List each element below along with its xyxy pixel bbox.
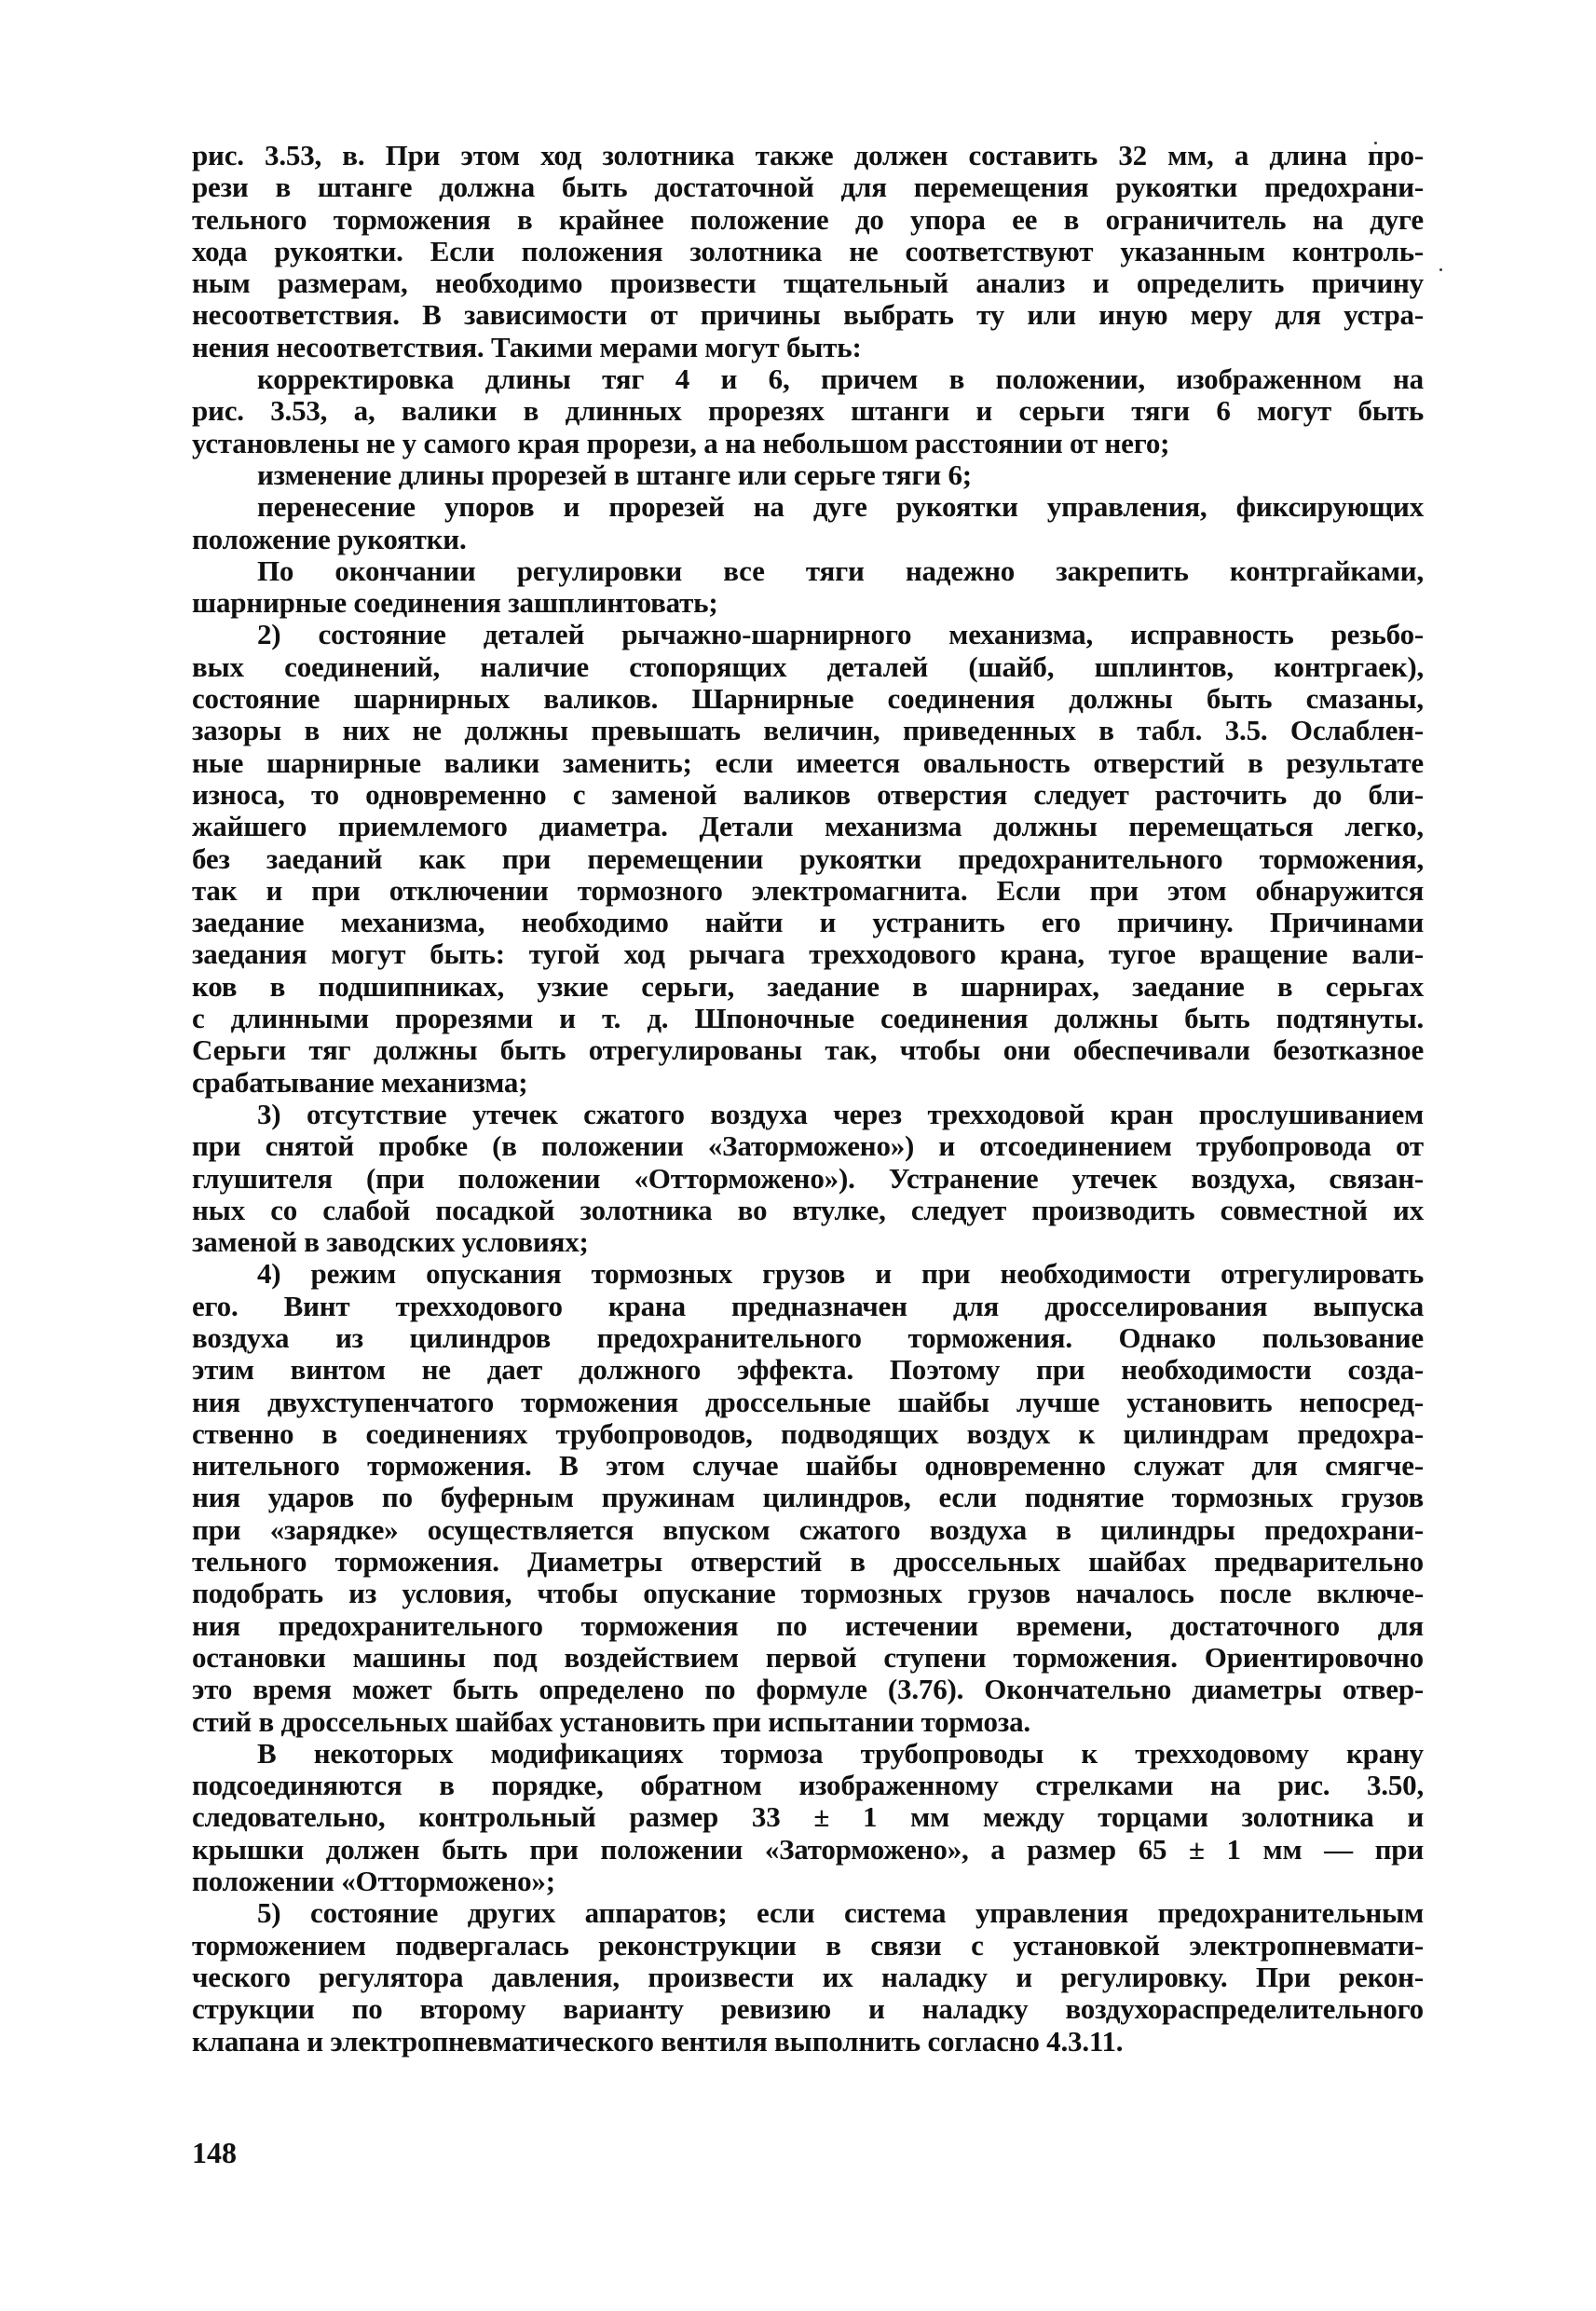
text-line: установлены не у самого края прорези, а … — [192, 428, 1424, 459]
list-item-5: 5) состояние других аппаратов; если сист… — [192, 1897, 1424, 2057]
page-number: 148 — [192, 2134, 237, 2171]
text-line: при «зарядке» осуществляется впуском сжа… — [192, 1514, 1424, 1546]
document-page: рис. 3.53, в. При этом ход золотника так… — [0, 0, 1596, 2311]
text-line: ния ударов по буферным пружинам цилиндро… — [192, 1482, 1424, 1513]
text-line: ния двухступенчатого торможения дроссель… — [192, 1387, 1424, 1418]
text-line: нительного торможения. В этом случае шай… — [192, 1450, 1424, 1482]
text-line: ных со слабой посадкой золотника во втул… — [192, 1195, 1424, 1226]
text-line: жайшего приемлемого диаметра. Детали мех… — [192, 811, 1424, 842]
text-line: 4) режим опускания тормозных грузов и пр… — [192, 1258, 1424, 1290]
text-line: крышки должен быть при положении «Заторм… — [192, 1834, 1424, 1866]
text-line: изменение длины прорезей в штанге или се… — [192, 459, 1424, 491]
text-line: подсоединяются в порядке, обратном изобр… — [192, 1770, 1424, 1801]
text-line: этим винтом не дает должного эффекта. По… — [192, 1354, 1424, 1386]
text-line: рези в штанге должна быть достаточной дл… — [192, 171, 1424, 203]
text-line: торможением подвергалась реконструкции в… — [192, 1930, 1424, 1962]
text-line: ственно в соединениях трубопроводов, под… — [192, 1418, 1424, 1450]
text-line: 2) состояние деталей рычажно-шарнирного … — [192, 619, 1424, 650]
text-line: ным размерам, необходимо произвести тщат… — [192, 267, 1424, 299]
text-line: 3) отсутствие утечек сжатого воздуха чер… — [192, 1099, 1424, 1130]
text-line: тельного торможения в крайнее положение … — [192, 204, 1424, 236]
text-line: заедания могут быть: тугой ход рычага тр… — [192, 938, 1424, 970]
text-line: с длинными прорезями и т. д. Шпоночные с… — [192, 1003, 1424, 1034]
text-line: стий в дроссельных шайбах установить при… — [192, 1706, 1424, 1738]
text-line: несоответствия. В зависимости от причины… — [192, 299, 1424, 331]
paragraph: По окончании регулировки все тяги надежн… — [192, 555, 1424, 620]
text-line: перенесение упоров и прорезей на дуге ру… — [192, 491, 1424, 523]
text-line: вых соединений, наличие стопорящих детал… — [192, 651, 1424, 683]
text-line: ния предохранительного торможения по ист… — [192, 1610, 1424, 1642]
paragraph: В некоторых модификациях тормоза трубопр… — [192, 1738, 1424, 1897]
text-line: положении «Отторможено»; — [192, 1866, 1424, 1897]
text-line: так и при отключении тормозного электром… — [192, 875, 1424, 907]
list-item-2: 2) состояние деталей рычажно-шарнирного … — [192, 619, 1424, 1098]
text-line: подобрать из условия, чтобы опускание то… — [192, 1578, 1424, 1609]
text-line: хода рукоятки. Если положения золотника … — [192, 236, 1424, 267]
text-line: заменой в заводских условиях; — [192, 1226, 1424, 1258]
scan-speck — [1439, 268, 1442, 271]
text-line: глушителя (при положении «Отторможено»).… — [192, 1163, 1424, 1195]
paragraph: изменение длины прорезей в штанге или се… — [192, 459, 1424, 491]
text-line: шарнирные соединения зашплинтовать; — [192, 587, 1424, 619]
text-line: ные шарнирные валики заменить; если имее… — [192, 747, 1424, 779]
text-line: без заеданий как при перемещении рукоятк… — [192, 843, 1424, 875]
text-line: клапана и электропневматического вентиля… — [192, 2026, 1424, 2058]
text-line: положение рукоятки. — [192, 524, 1424, 555]
body-text: рис. 3.53, в. При этом ход золотника так… — [192, 140, 1424, 2058]
paragraph: корректировка длины тяг 4 и 6, причем в … — [192, 363, 1424, 459]
text-line: зазоры в них не должны превышать величин… — [192, 715, 1424, 746]
text-line: остановки машины под воздействием первой… — [192, 1642, 1424, 1674]
text-line: тельного торможения. Диаметры отверстий … — [192, 1546, 1424, 1578]
paragraph: перенесение упоров и прорезей на дуге ру… — [192, 491, 1424, 555]
paragraph: рис. 3.53, в. При этом ход золотника так… — [192, 140, 1424, 363]
text-line: следовательно, контрольный размер 33 ± 1… — [192, 1801, 1424, 1833]
text-line: срабатывание механизма; — [192, 1067, 1424, 1099]
text-line: По окончании регулировки все тяги надежн… — [192, 555, 1424, 587]
scan-speck — [1374, 142, 1377, 144]
text-line: при снятой пробке (в положении «Затормож… — [192, 1130, 1424, 1162]
text-line: 5) состояние других аппаратов; если сист… — [192, 1897, 1424, 1929]
text-line: струкции по второму варианту ревизию и н… — [192, 1993, 1424, 2025]
text-line: В некоторых модификациях тормоза трубопр… — [192, 1738, 1424, 1770]
text-line: состояние шарнирных валиков. Шарнирные с… — [192, 683, 1424, 715]
text-line: его. Винт трехходового крана предназначе… — [192, 1291, 1424, 1322]
text-line: рис. 3.53, а, валики в длинных прорезях … — [192, 395, 1424, 427]
list-item-4: 4) режим опускания тормозных грузов и пр… — [192, 1258, 1424, 1737]
text-line: Серьги тяг должны быть отрегулированы та… — [192, 1034, 1424, 1066]
text-line: корректировка длины тяг 4 и 6, причем в … — [192, 363, 1424, 395]
list-item-3: 3) отсутствие утечек сжатого воздуха чер… — [192, 1099, 1424, 1258]
text-line: износа, то одновременно с заменой валико… — [192, 779, 1424, 811]
text-line: воздуха из цилиндров предохранительного … — [192, 1322, 1424, 1354]
text-line: нения несоответствия. Такими мерами могу… — [192, 332, 1424, 363]
text-line: ческого регулятора давления, произвести … — [192, 1962, 1424, 1993]
text-line: рис. 3.53, в. При этом ход золотника так… — [192, 140, 1424, 171]
text-line: заедание механизма, необходимо найти и у… — [192, 907, 1424, 938]
text-line: ков в подшипниках, узкие серьги, заедани… — [192, 971, 1424, 1003]
text-line: это время может быть определено по форму… — [192, 1674, 1424, 1705]
